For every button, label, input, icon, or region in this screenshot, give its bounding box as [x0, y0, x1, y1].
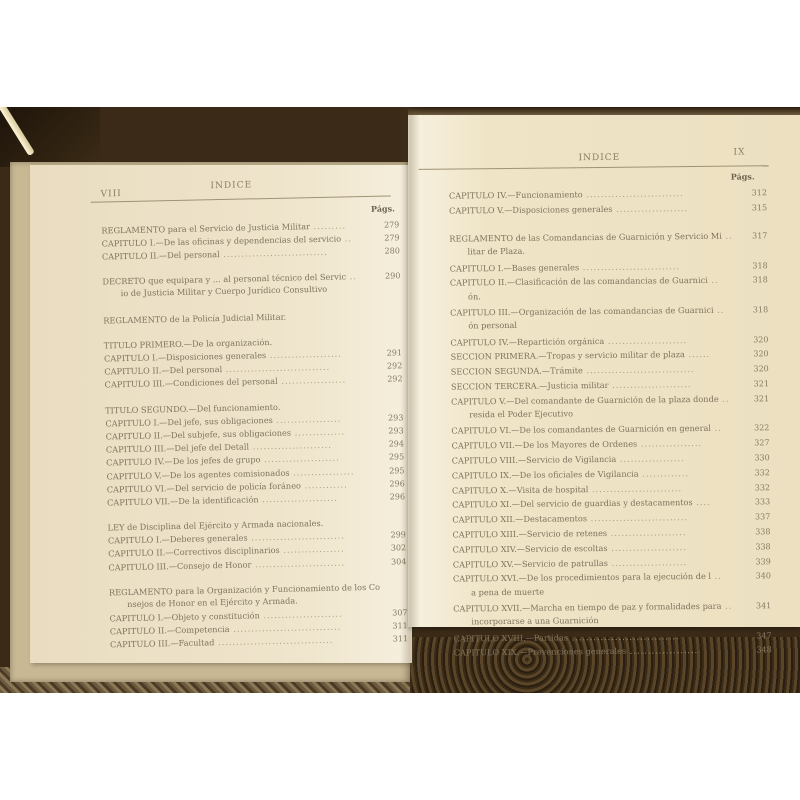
left-toc: 279REGLAMENTO para el Servicio de Justic… [101, 219, 410, 665]
leader-dots: ............................. [220, 247, 328, 259]
toc-entry-continuation: nsejos de Honor en el Ejército y Armada. [127, 595, 298, 610]
toc-entry-title: REGLAMENTO para la Organización y Funcio… [109, 581, 380, 597]
leader-dots: .............................. [568, 631, 680, 642]
toc-page-number: 338 [746, 526, 770, 537]
toc-page-number: 348 [748, 645, 772, 656]
desk-surface [0, 107, 100, 167]
leader-dots: ...................... [604, 335, 687, 346]
toc-page-number: 317 [743, 230, 767, 241]
leader-dots: ............................. [222, 362, 330, 374]
toc-entry-title: CAPITULO XVI.—De los procedimientos para… [453, 571, 711, 584]
toc-entry-title: CAPITULO II.—Del personal [102, 249, 220, 261]
toc-entry-title: CAPITULO III.—Facultad [110, 638, 215, 650]
toc-entry-title: CAPITULO IV.—Repartición orgánica [450, 335, 604, 347]
toc-entry-continuation: ón. [468, 291, 481, 302]
toc-entry: CAPITULO III.—Facultad .................… [110, 635, 333, 651]
toc-entry-title: CAPITULO II.—Correctivos disciplinarios [108, 545, 280, 559]
leader-dots: ................................ [214, 635, 333, 647]
toc-entry: CAPITULO VIII.—Servicio de Vigilancia ..… [452, 453, 685, 466]
toc-entry: CAPITULO V.—Disposiciones generales ....… [449, 203, 688, 217]
right-page: INDICE IX Págs. 312CAPITULO IV.—Funciona… [408, 107, 800, 627]
toc-page-number: 322 [745, 423, 769, 434]
toc-entry-title: CAPITULO XVIII.—Partidas [454, 632, 569, 643]
toc-entry: TITULO SEGUNDO.—Del funcionamiento. [105, 401, 280, 416]
toc-entry-continuation: resida el Poder Ejecutivo [469, 408, 573, 420]
leader-dots: .. [714, 305, 725, 315]
toc-page-number: 320 [745, 349, 769, 360]
leader-dots: ..................... [608, 542, 687, 553]
header-rule [91, 195, 391, 202]
leader-dots: .................. [616, 453, 685, 464]
toc-entry-title: REGLAMENTO de la Policía Judicial Milita… [103, 311, 286, 325]
toc-entry-title: CAPITULO I.—Objeto y constitución [109, 610, 260, 623]
toc-entry-title: SECCION SEGUNDA.—Trámite [451, 365, 583, 376]
leader-dots: ..................... [258, 493, 337, 505]
toc-entry-title: CAPITULO IV.—Funcionamiento [449, 189, 583, 200]
header-rule [419, 165, 769, 170]
leader-dots: .............. [291, 426, 345, 437]
toc-entry-title: CAPITULO XVII.—Marcha en tiempo de paz y… [453, 601, 721, 614]
toc-page-number: 279 [375, 219, 399, 231]
leader-dots: ..................... [608, 557, 687, 568]
toc-entry-title: TITULO SEGUNDO.—Del funcionamiento. [105, 401, 280, 415]
toc-entry-title: CAPITULO II.—Competencia [110, 624, 230, 637]
toc-page-number: 332 [746, 482, 770, 493]
toc-entry: SECCION TERCERA.—Justicia militar ......… [451, 379, 692, 393]
toc-page-number: 292 [378, 360, 402, 372]
toc-page-number: 318 [744, 275, 768, 286]
left-page-number: VIII [101, 189, 122, 199]
leader-dots: ......................... [251, 557, 345, 569]
toc-entry-title: CAPITULO VIII.—Servicio de Vigilancia [452, 454, 617, 466]
toc-entry: CAPITULO I.—Bases generales ............… [450, 261, 680, 274]
toc-page-number: 338 [747, 541, 771, 552]
toc-entry-title: CAPITULO III.—Organización de las comand… [450, 305, 714, 318]
toc-page-number: 332 [746, 467, 770, 478]
leader-dots: .............................. [583, 364, 695, 375]
toc-entry-title: CAPITULO II.—Clasificación de las comand… [450, 275, 708, 288]
toc-page-number: 280 [376, 246, 400, 258]
toc-page-number: 320 [744, 334, 768, 345]
toc-entry-title: CAPITULO X.—Visita de hospital [452, 484, 588, 495]
toc-page-number: 341 [747, 600, 771, 611]
leader-dots: ......................... [588, 483, 682, 494]
toc-page-number: 318 [744, 260, 768, 271]
toc-entry-title: CAPITULO XI.—Del servicio de guardias y … [452, 497, 693, 510]
toc-entry-title: CAPITULO XII.—Destacamentos [452, 513, 587, 524]
left-page-header: INDICE [210, 180, 252, 191]
leader-dots: ........................... [583, 188, 684, 199]
toc-entry-title: CAPITULO XIII.—Servicio de retenes [452, 528, 607, 540]
toc-entry: CAPITULO XVII.—Marcha en tiempo de paz y… [453, 601, 732, 615]
toc-entry: CAPITULO VI.—De los comandantes de Guarn… [451, 423, 722, 437]
toc-entry-continuation: ón personal [468, 320, 517, 332]
toc-entry-title: CAPITULO III.—Condiciones del personal [105, 376, 278, 390]
leader-dots: ...................... [260, 609, 343, 621]
toc-entry: CAPITULO IV.—Repartición orgánica ......… [450, 335, 687, 348]
leader-dots: .. [341, 233, 352, 243]
leader-dots: ........................... [587, 512, 688, 523]
leader-dots: ...................... [608, 379, 691, 390]
toc-entry: CAPITULO XIII.—Servicio de retenes .....… [452, 527, 686, 540]
toc-entry: CAPITULO II.—Del personal ..............… [102, 247, 328, 263]
right-page-number: IX [733, 147, 745, 157]
toc-entry-continuation: litar de Plaza. [467, 246, 525, 258]
toc-entry-title: CAPITULO I.—De las oficinas y dependenci… [102, 234, 342, 249]
toc-entry: CAPITULO X.—Visita de hospital .........… [452, 483, 682, 496]
toc-page-number: 320 [745, 363, 769, 374]
toc-entry: CAPITULO XV.—Servicio de patrullas .....… [453, 557, 687, 570]
leader-dots: .. [711, 571, 722, 581]
toc-page-number: 315 [743, 202, 767, 213]
toc-page-number: 340 [747, 571, 771, 582]
leader-dots: .......................... [248, 531, 345, 543]
leader-dots: .. [721, 601, 732, 611]
toc-page-number: 327 [745, 437, 769, 448]
toc-entry-title: CAPITULO I.—Del jefe, sus obligaciones [105, 415, 273, 429]
toc-page-number: 318 [744, 304, 768, 315]
toc-entry: CAPITULO III.—Consejo de Honor .........… [108, 557, 345, 573]
toc-entry-title: REGLAMENTO para el Servicio de Justicia … [101, 221, 310, 235]
toc-entry-title: CAPITULO V.—Disposiciones generales [449, 204, 613, 216]
leader-dots: ..................... [260, 453, 339, 465]
leader-dots: .. [719, 393, 730, 403]
toc-page-number: 290 [376, 271, 400, 283]
right-page-header: INDICE [578, 153, 620, 163]
leader-dots: .... [693, 497, 711, 507]
toc-entry: CAPITULO XVI.—De los procedimientos para… [453, 571, 722, 585]
toc-entry-title: CAPITULO III.—Consejo de Honor [108, 559, 251, 572]
leader-dots: ..................... [607, 527, 686, 538]
toc-entry-title: CAPITULO VI.—Del servicio de policía for… [107, 480, 301, 494]
toc-entry: TITULO PRIMERO.—De la organización. [104, 337, 273, 352]
right-toc: 312CAPITULO IV.—Funcionamiento .........… [449, 187, 773, 610]
toc-entry: SECCION PRIMERA.—Tropas y servicio milit… [451, 349, 711, 363]
toc-entry-title: CAPITULO XIX.—Prevenciones generales [454, 646, 627, 658]
pags-label: Págs. [731, 171, 755, 181]
toc-entry-title: CAPITULO XIV.—Servicio de escoltas [453, 543, 608, 555]
toc-page-number: 337 [746, 511, 770, 522]
leader-dots: .................... [266, 349, 342, 361]
toc-page-number: 279 [375, 232, 399, 244]
toc-entry-title: CAPITULO I.—Deberes generales [108, 533, 248, 546]
leader-dots: ................. [637, 438, 702, 449]
toc-entry-title: CAPITULO V.—Del comandante de Guarnición… [451, 393, 719, 406]
toc-entry: CAPITULO VII.—De los Mayores de Ordenes … [451, 438, 702, 452]
toc-entry-title: SECCION PRIMERA.—Tropas y servicio milit… [451, 349, 685, 361]
toc-page-number: 321 [745, 378, 769, 389]
toc-entry-title: CAPITULO II.—Del subjefe, sus obligacion… [106, 427, 292, 441]
toc-entry-title: CAPITULO V.—De los agentes comisionados [106, 467, 289, 481]
leader-dots: ............. [639, 468, 690, 479]
leader-dots: .. [708, 275, 719, 285]
leader-dots: ................... [626, 645, 698, 656]
leader-dots: ........................... [579, 261, 680, 272]
toc-entry: CAPITULO XVIII.—Partidas ...............… [454, 631, 680, 644]
toc-entry-title: CAPITULO I.—Bases generales [450, 262, 580, 273]
leader-dots: .. [346, 272, 357, 282]
toc-entry-title: LEY de Disciplina del Ejército y Armada … [108, 518, 324, 533]
toc-entry-title: CAPITULO I.—Disposiciones generales [104, 350, 266, 363]
leader-dots: ...... [685, 349, 710, 359]
left-page: VIII INDICE Págs. 279REGLAMENTO para el … [30, 165, 412, 663]
toc-entry: CAPITULO IV.—Funcionamiento ............… [449, 188, 684, 201]
toc-entry-title: TITULO PRIMERO.—De la organización. [104, 337, 273, 351]
toc-entry: CAPITULO IX.—De los oficiales de Vigilan… [452, 468, 689, 481]
toc-entry-title: CAPITULO III.—Del jefe del Detall [106, 442, 249, 455]
leader-dots: ................. [280, 544, 345, 555]
toc-page-number: 330 [746, 452, 770, 463]
toc-page-number: 339 [747, 556, 771, 567]
toc-page-number: 321 [745, 393, 769, 404]
toc-entry-title: CAPITULO VI.—De los comandantes de Guarn… [451, 423, 711, 436]
toc-entry-title: REGLAMENTO de las Comandancias de Guarni… [449, 231, 722, 244]
toc-entry: CAPITULO VII.—De la identificación .....… [107, 493, 338, 509]
pags-label: Págs. [371, 203, 395, 213]
toc-page-number: 333 [746, 497, 770, 508]
leader-dots: .............................. [230, 622, 342, 634]
book-gutter [400, 107, 420, 687]
toc-entry: CAPITULO II.—Clasificación de las comand… [450, 275, 719, 289]
toc-entry: REGLAMENTO de las Comandancias de Guarni… [449, 231, 732, 245]
leader-dots: ............ [301, 479, 348, 490]
toc-entry-title: SECCION TERCERA.—Justicia militar [451, 380, 609, 392]
toc-entry-continuation: incorporarse a una Guarnición [471, 615, 598, 627]
leader-dots: .. [711, 423, 722, 433]
leader-dots: ......... [310, 220, 346, 231]
book-photo: VIII INDICE Págs. 279REGLAMENTO para el … [0, 107, 800, 693]
toc-page-number: 291 [378, 347, 402, 359]
toc-entry: CAPITULO III.—Organización de las comand… [450, 305, 724, 319]
leader-dots: .. [722, 231, 733, 241]
toc-entry: REGLAMENTO de la Policía Judicial Milita… [103, 311, 286, 326]
toc-entry: SECCION SEGUNDA.—Trámite ...............… [451, 364, 695, 378]
toc-entry-title: CAPITULO XV.—Servicio de patrullas [453, 557, 608, 569]
toc-entry-continuation: a pena de muerte [471, 586, 544, 598]
leader-dots: ...................... [249, 440, 332, 452]
toc-entry: CAPITULO XI.—Del servicio de guardias y … [452, 497, 711, 511]
toc-entry-title: CAPITULO IX.—De los oficiales de Vigilan… [452, 468, 639, 480]
toc-page-number: 312 [743, 187, 767, 198]
toc-entry: CAPITULO XII.—Destacamentos ............… [452, 512, 688, 525]
leader-dots: .................. [273, 413, 342, 424]
toc-entry: CAPITULO XIV.—Servicio de escoltas .....… [453, 542, 687, 555]
toc-entry-title: CAPITULO II.—Del personal [104, 364, 222, 376]
leader-dots: .................. [278, 375, 347, 386]
toc-entry: CAPITULO V.—Del comandante de Guarnición… [451, 393, 729, 407]
toc-page-number: 347 [747, 630, 771, 641]
leader-dots: .................... [612, 203, 688, 214]
toc-entry: CAPITULO III.—Condiciones del personal .… [105, 375, 347, 391]
toc-entry-title: CAPITULO VII.—De la identificación [107, 494, 259, 507]
leader-dots: ................. [289, 466, 354, 477]
toc-entry-title: CAPITULO IV.—De los jefes de grupo [106, 455, 260, 468]
toc-entry-title: CAPITULO VII.—De los Mayores de Ordenes [451, 439, 637, 451]
